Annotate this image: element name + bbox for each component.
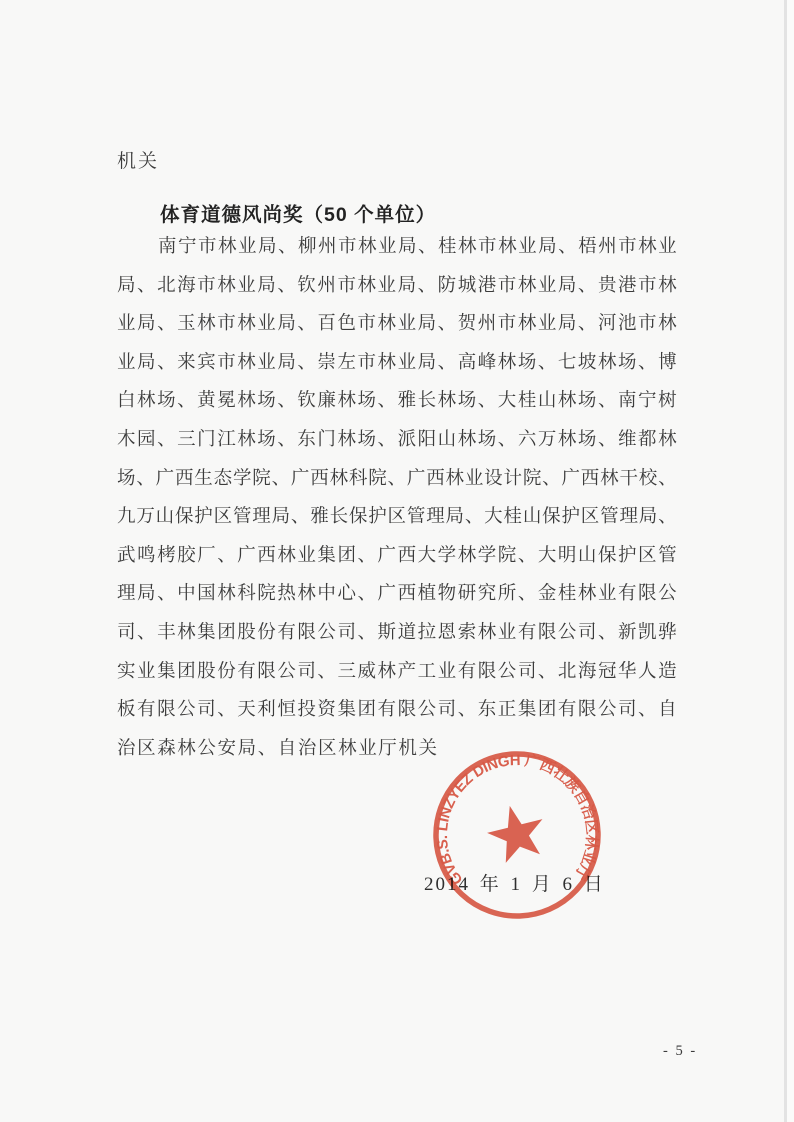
page-number: - 5 - [663,1043,697,1060]
body-line: 场、广西生态学院、广西林科院、广西林业设计院、广西林干校、 [117,460,677,499]
scan-edge-strip [787,0,794,1122]
body-line: 木园、三门江林场、东门林场、派阳山林场、六万林场、维都林 [117,421,677,460]
body-line: 九万山保护区管理局、雅长保护区管理局、大桂山保护区管理局、 [117,498,677,537]
body-line: 南宁市林业局、柳州市林业局、桂林市林业局、梧州市林业 [117,228,677,267]
seal-star-icon [482,799,550,865]
document-page: 机关 体育道德风尚奖（50 个单位） 南宁市林业局、柳州市林业局、桂林市林业局、… [0,0,794,1122]
paragraph-carryover-text: 机关 [117,146,159,173]
official-seal-stamp: GVB.S. LINZYEZ DINGH 广西壮族自治区林业厅 [425,743,609,927]
body-line: 业局、来宾市林业局、崇左市林业局、高峰林场、七坡林场、博 [117,344,677,383]
award-unit-list-paragraph: 南宁市林业局、柳州市林业局、桂林市林业局、梧州市林业 局、北海市林业局、钦州市林… [117,228,677,768]
body-line: 板有限公司、天利恒投资集团有限公司、东正集团有限公司、自 [117,691,677,730]
body-line: 局、北海市林业局、钦州市林业局、防城港市林业局、贵港市林 [117,267,677,306]
body-line: 实业集团股份有限公司、三威林产工业有限公司、北海冠华人造 [117,653,677,692]
body-line: 司、丰林集团股份有限公司、斯道拉恩索林业有限公司、新凯骅 [117,614,677,653]
body-line: 白林场、黄冕林场、钦廉林场、雅长林场、大桂山林场、南宁树 [117,382,677,421]
body-line: 武鸣栲胶厂、广西林业集团、广西大学林学院、大明山保护区管 [117,537,677,576]
scan-edge-line [784,0,787,1122]
body-line: 理局、中国林科院热林中心、广西植物研究所、金桂林业有限公 [117,575,677,614]
body-line: 业局、玉林市林业局、百色市林业局、贺州市林业局、河池市林 [117,305,677,344]
award-section-heading: 体育道德风尚奖（50 个单位） [160,199,436,227]
